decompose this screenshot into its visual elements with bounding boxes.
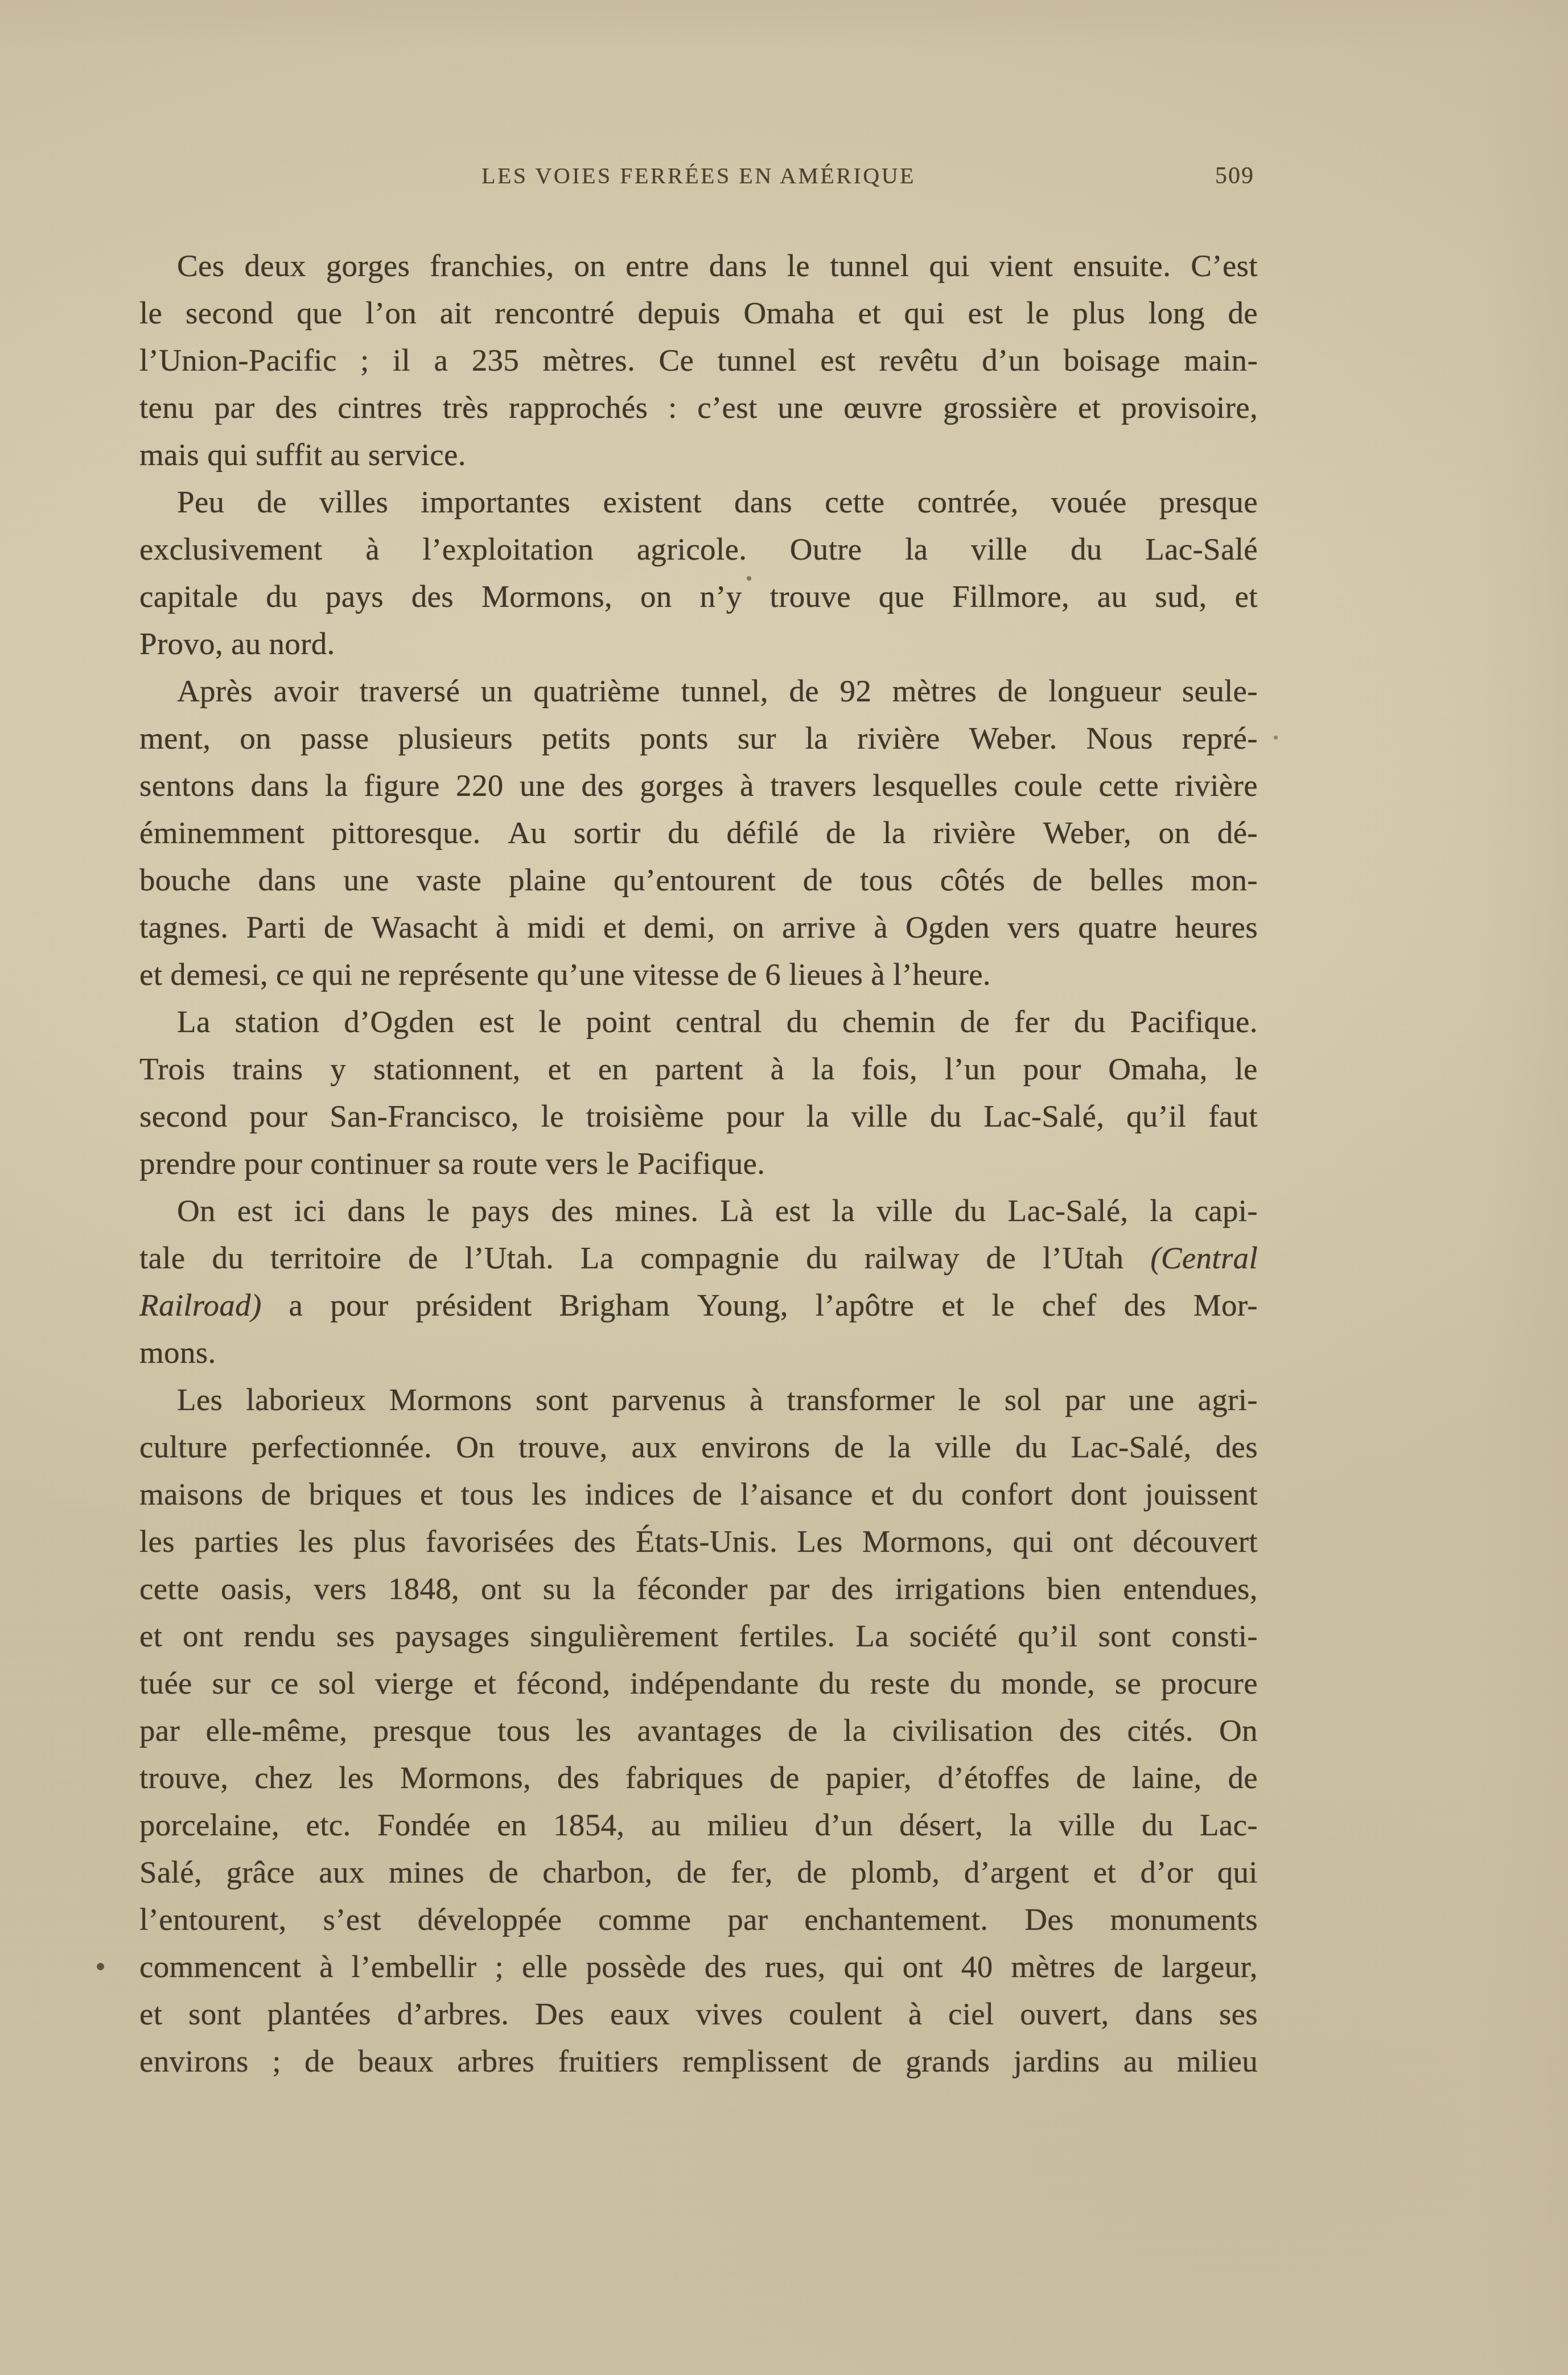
text-line: sentonsdanslafigure220unedesgorgesàtrave… xyxy=(139,762,1258,809)
text-line: etontrendusespaysagessingulièrementferti… xyxy=(139,1612,1258,1659)
text-line: l’entourent,s’estdéveloppéecommeparencha… xyxy=(139,1896,1258,1943)
running-head: LES VOIES FERRÉES EN AMÉRIQUE 509 xyxy=(139,158,1258,194)
ink-speck xyxy=(97,1963,104,1970)
text-line: ment,onpasseplusieurspetitspontssurlariv… xyxy=(139,714,1258,762)
text-line: éminemmentpittoresque.Ausortirdudéfiléde… xyxy=(139,809,1258,856)
page-number: 509 xyxy=(1215,158,1254,194)
text-line: mais qui suffit au service. xyxy=(139,431,1258,478)
text-line: Onesticidanslepaysdesmines.Làestlavilled… xyxy=(139,1187,1258,1234)
text-line: LeslaborieuxMormonssontparvenusàtransfor… xyxy=(139,1376,1258,1423)
text-line: Peudevillesimportantesexistentdanscettec… xyxy=(139,478,1258,525)
text-line: tagnes.PartideWasachtàmidietdemi,onarriv… xyxy=(139,903,1258,951)
text-line: Cesdeuxgorgesfranchies,onentredansletunn… xyxy=(139,242,1258,289)
text-line: Troistrainsystationnent,etenpartentàlafo… xyxy=(139,1045,1258,1092)
ink-speck xyxy=(747,576,751,581)
text-line: maisonsdebriquesettouslesindicesdel’aisa… xyxy=(139,1470,1258,1518)
text-line: taleduterritoiredel’Utah.Lacompagniedura… xyxy=(139,1234,1258,1281)
text-line: capitaledupaysdesMormons,onn’ytrouvequeF… xyxy=(139,573,1258,620)
text-line: Aprèsavoirtraverséunquatrièmetunnel,de92… xyxy=(139,667,1258,714)
text-line: etsontplantéesd’arbres.Deseauxvivescoule… xyxy=(139,1990,1258,2037)
text-line: cetteoasis,vers1848,ontsulaféconderparde… xyxy=(139,1565,1258,1612)
text-line: trouve,chezlesMormons,desfabriquesdepapi… xyxy=(139,1754,1258,1801)
text-block: Cesdeuxgorgesfranchies,onentredansletunn… xyxy=(139,242,1258,2085)
paper-sheet: LES VOIES FERRÉES EN AMÉRIQUE 509 Cesdeu… xyxy=(0,0,1568,2375)
text-line: cultureperfectionnée.Ontrouve,auxenviron… xyxy=(139,1423,1258,1470)
text-line: Railroad)apourprésidentBrighamYoung,l’ap… xyxy=(139,1281,1258,1329)
running-title: LES VOIES FERRÉES EN AMÉRIQUE xyxy=(139,158,1258,194)
text-line: parelle-même,presquetouslesavantagesdela… xyxy=(139,1707,1258,1754)
text-line: Provo, au nord. xyxy=(139,620,1258,667)
text-line: environs;debeauxarbresfruitiersremplisse… xyxy=(139,2037,1258,2085)
text-line: secondpourSan-Francisco,letroisièmepourl… xyxy=(139,1092,1258,1140)
text-line: lespartieslesplusfavoriséesdesÉtats-Unis… xyxy=(139,1518,1258,1565)
text-line: lesecondquel’onaitrencontrédepuisOmahaet… xyxy=(139,289,1258,336)
text-line: commencentàl’embellir;ellepossèdedesrues… xyxy=(139,1943,1258,1990)
ink-speck xyxy=(1274,735,1278,739)
text-line: mons. xyxy=(139,1329,1258,1376)
text-line: l’Union-Pacific;ila235mètres.Cetunnelest… xyxy=(139,336,1258,384)
text-line: bouchedansunevasteplainequ’entourentdeto… xyxy=(139,856,1258,903)
text-line: et demesi, ce qui ne représente qu’une v… xyxy=(139,951,1258,998)
text-line: prendre pour continuer sa route vers le … xyxy=(139,1140,1258,1187)
text-line: porcelaine,etc.Fondéeen1854,aumilieud’un… xyxy=(139,1801,1258,1848)
scanned-book-page: { "colors": { "paper": "#d3c8ab", "ink":… xyxy=(0,0,1568,2375)
text-line: tuéesurcesolviergeetfécond,indépendanted… xyxy=(139,1659,1258,1707)
text-line: tenupardescintrestrèsrapprochés:c’estune… xyxy=(139,384,1258,431)
text-line: Salé,grâceauxminesdecharbon,defer,deplom… xyxy=(139,1848,1258,1896)
text-line: Lastationd’Ogdenestlepointcentralduchemi… xyxy=(139,998,1258,1045)
text-line: exclusivementàl’exploitationagricole.Out… xyxy=(139,525,1258,573)
